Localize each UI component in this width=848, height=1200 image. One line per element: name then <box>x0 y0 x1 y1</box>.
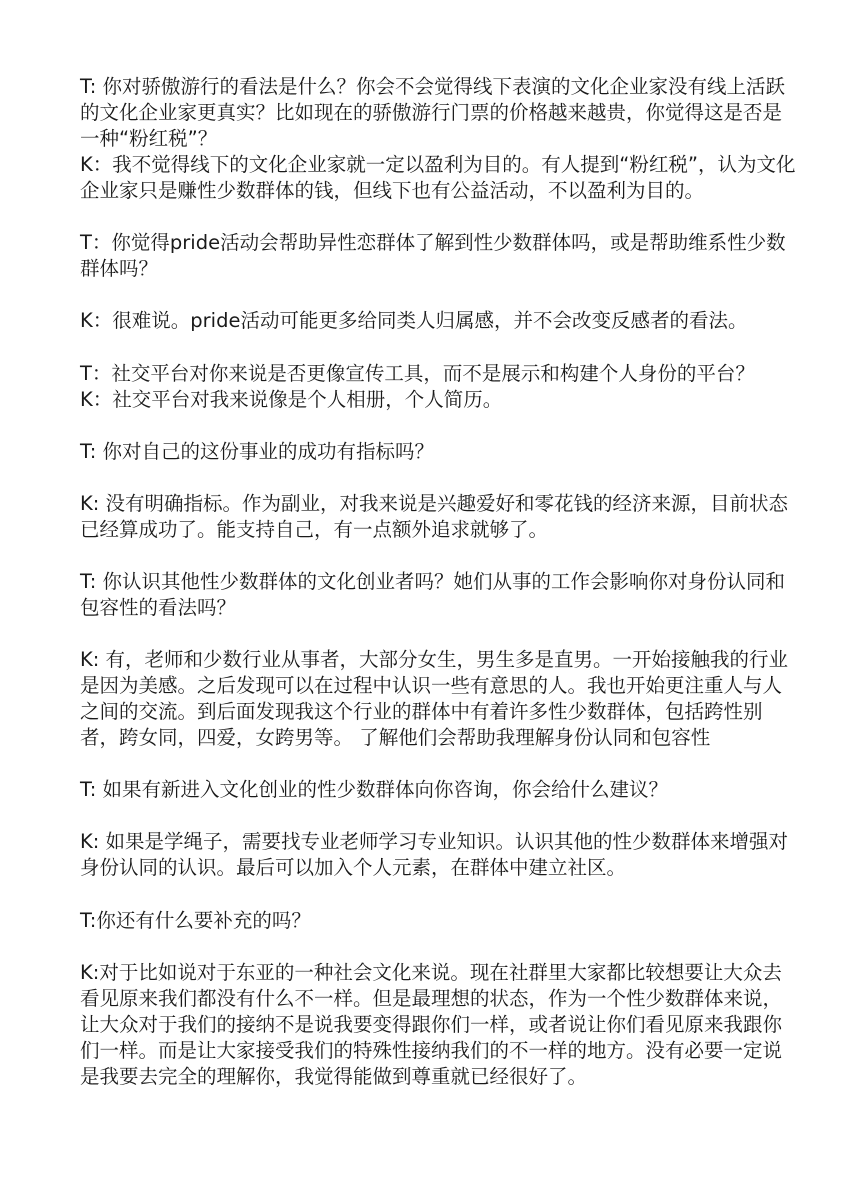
text-line: K: 没有明确指标。作为副业，对我来说是兴趣爱好和零花钱的经济来源，目前状态 <box>80 491 770 517</box>
text-line: T：你觉得pride活动会帮助异性恋群体了解到性少数群体吗，或是帮助维系性少数 <box>80 230 770 256</box>
question-paragraph: T: 你认识其他性少数群体的文化创业者吗？她们从事的工作会影响你对身份认同和 包… <box>80 569 770 621</box>
question-paragraph: T：你觉得pride活动会帮助异性恋群体了解到性少数群体吗，或是帮助维系性少数 … <box>80 230 770 282</box>
text-line: 的文化企业家更真实？比如现在的骄傲游行门票的价格越来越贵，你觉得这是否是 <box>80 100 770 126</box>
paragraph-gap <box>80 334 770 360</box>
text-line: 是我要去完全的理解你，我觉得能做到尊重就已经很好了。 <box>80 1064 770 1090</box>
text-line: K:对于比如说对于东亚的一种社会文化来说。现在社群里大家都比较想要让大众去 <box>80 960 770 986</box>
text-line: 包容性的看法吗？ <box>80 595 770 621</box>
text-line: 群体吗？ <box>80 256 770 282</box>
paragraph-gap <box>80 803 770 829</box>
question-paragraph: T: 如果有新进入文化创业的性少数群体向你咨询，你会给什么建议？ <box>80 777 770 803</box>
text-line: K: 有，老师和少数行业从事者，大部分女生，男生多是直男。一开始接触我的行业 <box>80 647 770 673</box>
text-line: 者，跨女同，四爱，女跨男等。 了解他们会帮助我理解身份认同和包容性 <box>80 725 770 751</box>
text-line: K：很难说。pride活动可能更多给同类人归属感，并不会改变反感者的看法。 <box>80 308 770 334</box>
paragraph-gap <box>80 621 770 647</box>
paragraph-gap <box>80 282 770 308</box>
paragraph-gap <box>80 413 770 439</box>
text-line: 已经算成功了。能支持自己，有一点额外追求就够了。 <box>80 517 770 543</box>
answer-paragraph: K: 如果是学绳子，需要找专业老师学习专业知识。认识其他的性少数群体来增强对 身… <box>80 829 770 881</box>
text-line: 是因为美感。之后发现可以在过程中认识一些有意思的人。我也开始更注重人与人 <box>80 673 770 699</box>
paragraph-gap <box>80 543 770 569</box>
question-paragraph: T：社交平台对你来说是否更像宣传工具，而不是展示和构建个人身份的平台？ <box>80 361 770 387</box>
question-paragraph: T: 你对骄傲游行的看法是什么？你会不会觉得线下表演的文化企业家没有线上活跃 的… <box>80 74 770 152</box>
text-line: T: 你认识其他性少数群体的文化创业者吗？她们从事的工作会影响你对身份认同和 <box>80 569 770 595</box>
text-line: T: 你对自己的这份事业的成功有指标吗？ <box>80 439 770 465</box>
text-line: T: 如果有新进入文化创业的性少数群体向你咨询，你会给什么建议？ <box>80 777 770 803</box>
question-paragraph: T:你还有什么要补充的吗？ <box>80 908 770 934</box>
text-line: K: 如果是学绳子，需要找专业老师学习专业知识。认识其他的性少数群体来增强对 <box>80 829 770 855</box>
text-line: K：社交平台对我来说像是个人相册，个人简历。 <box>80 387 770 413</box>
answer-paragraph: K：社交平台对我来说像是个人相册，个人简历。 <box>80 387 770 413</box>
paragraph-gap <box>80 881 770 907</box>
text-line: 之间的交流。到后面发现我这个行业的群体中有着许多性少数群体，包括跨性别 <box>80 699 770 725</box>
answer-paragraph: K：很难说。pride活动可能更多给同类人归属感，并不会改变反感者的看法。 <box>80 308 770 334</box>
text-line: 身份认同的认识。最后可以加入个人元素，在群体中建立社区。 <box>80 855 770 881</box>
text-line: T: 你对骄傲游行的看法是什么？你会不会觉得线下表演的文化企业家没有线上活跃 <box>80 74 770 100</box>
text-line: K：我不觉得线下的文化企业家就一定以盈利为目的。有人提到“粉红税”，认为文化 <box>80 152 770 178</box>
paragraph-gap <box>80 934 770 960</box>
answer-paragraph: K:对于比如说对于东亚的一种社会文化来说。现在社群里大家都比较想要让大众去 看见… <box>80 960 770 1090</box>
text-line: T：社交平台对你来说是否更像宣传工具，而不是展示和构建个人身份的平台？ <box>80 361 770 387</box>
question-paragraph: T: 你对自己的这份事业的成功有指标吗？ <box>80 439 770 465</box>
text-line: 们一样。而是让大家接受我们的特殊性接纳我们的不一样的地方。没有必要一定说 <box>80 1038 770 1064</box>
answer-paragraph: K：我不觉得线下的文化企业家就一定以盈利为目的。有人提到“粉红税”，认为文化 企… <box>80 152 770 204</box>
paragraph-gap <box>80 751 770 777</box>
text-line: 看见原来我们都没有什么不一样。但是最理想的状态，作为一个性少数群体来说， <box>80 986 770 1012</box>
text-line: 让大众对于我们的接纳不是说我要变得跟你们一样，或者说让你们看见原来我跟你 <box>80 1012 770 1038</box>
answer-paragraph: K: 有，老师和少数行业从事者，大部分女生，男生多是直男。一开始接触我的行业 是… <box>80 647 770 751</box>
paragraph-gap <box>80 204 770 230</box>
answer-paragraph: K: 没有明确指标。作为副业，对我来说是兴趣爱好和零花钱的经济来源，目前状态 已… <box>80 491 770 543</box>
text-line: T:你还有什么要补充的吗？ <box>80 908 770 934</box>
transcript-document: T: 你对骄傲游行的看法是什么？你会不会觉得线下表演的文化企业家没有线上活跃 的… <box>80 74 770 1090</box>
text-line: 一种“粉红税”？ <box>80 126 770 152</box>
text-line: 企业家只是赚性少数群体的钱，但线下也有公益活动，不以盈利为目的。 <box>80 178 770 204</box>
paragraph-gap <box>80 465 770 491</box>
